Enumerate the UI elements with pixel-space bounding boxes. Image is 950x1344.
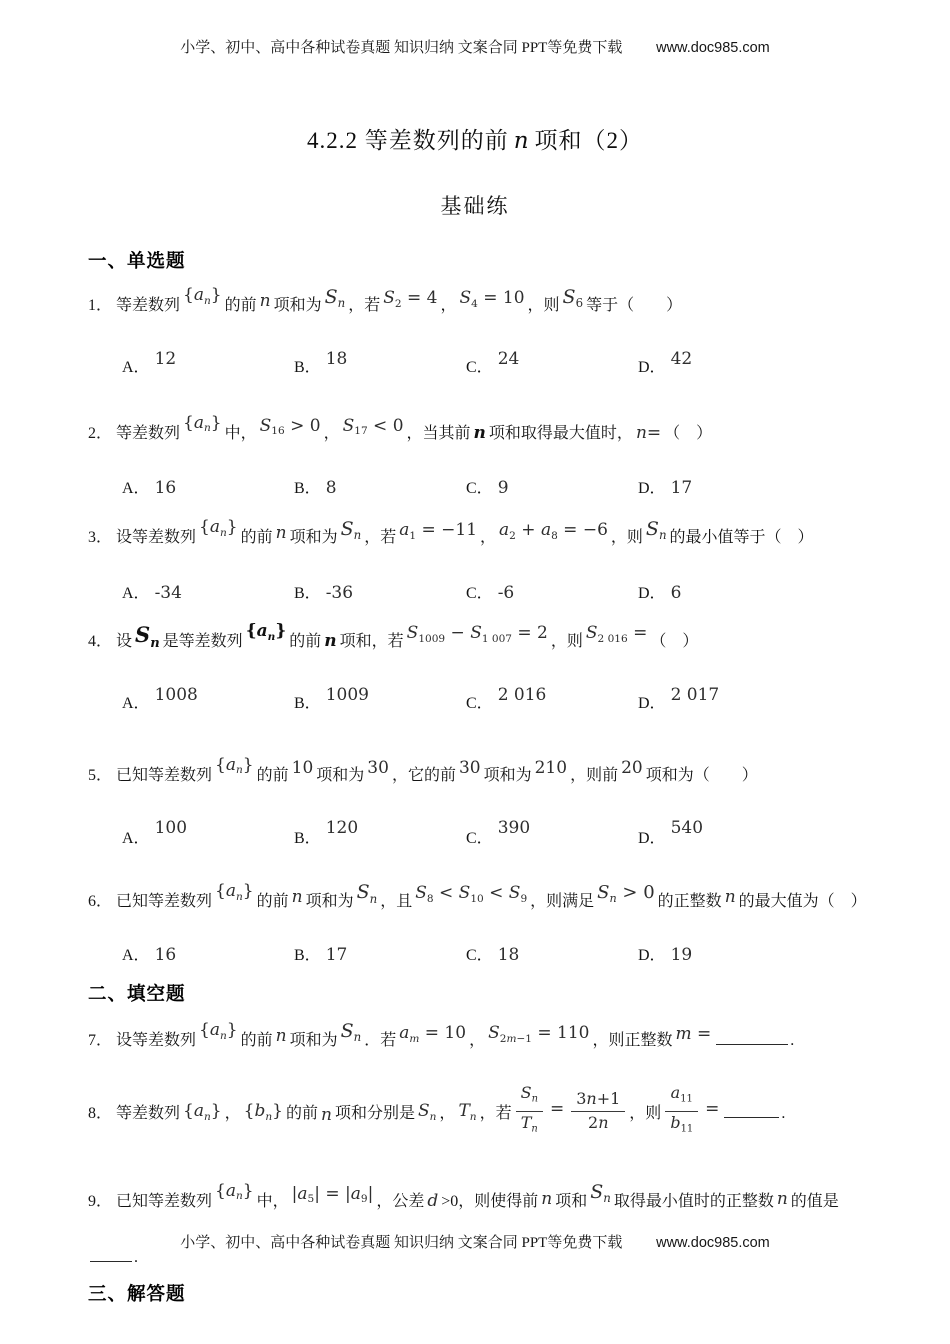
math-symbol: 42 bbox=[671, 349, 693, 369]
math-subscript: n bbox=[220, 528, 227, 539]
math-subscript: n bbox=[204, 1112, 211, 1123]
math-symbol: } bbox=[272, 1101, 283, 1121]
text-segment: 项和取得最大值时， bbox=[489, 425, 633, 442]
math-segment: n bbox=[292, 887, 303, 906]
math-segment: 20 bbox=[621, 758, 643, 777]
question: 8．等差数列{an}，{bn}的前n项和分别是Sn，Tn，若SnTn=3n+12… bbox=[88, 1085, 880, 1148]
math-segment: {an} bbox=[215, 755, 254, 774]
math-symbol: 16 bbox=[155, 945, 177, 965]
math-variable: S bbox=[341, 1020, 354, 1042]
math-segment: n bbox=[324, 631, 336, 650]
math-symbol: } bbox=[243, 755, 254, 775]
math-symbol: 8 bbox=[551, 530, 558, 542]
option-value: -36 bbox=[326, 583, 353, 603]
option-value: -6 bbox=[498, 583, 515, 603]
math-segment: S16 > 0 bbox=[260, 416, 321, 435]
math-segment: {an} bbox=[199, 517, 238, 536]
option-label: B． bbox=[294, 585, 321, 602]
math-variable: n bbox=[338, 296, 346, 310]
math-variable: n bbox=[541, 1189, 552, 1209]
question-text: 7．设等差数列{an}的前n项和为Sn．若am = 10，S2m−1 = 110… bbox=[88, 1019, 880, 1067]
math-variable: n bbox=[725, 887, 736, 907]
math-symbol: 2 bbox=[588, 1113, 598, 1132]
option-label: D． bbox=[638, 359, 666, 376]
math-segment: n= bbox=[636, 423, 661, 442]
math-symbol: { bbox=[246, 621, 257, 641]
math-segment: Sn bbox=[590, 1182, 611, 1203]
math-segment: Sn bbox=[325, 287, 346, 308]
text-segment: 项和为 bbox=[306, 893, 354, 910]
math-variable: n bbox=[321, 1105, 332, 1125]
option-value: 2 017 bbox=[671, 685, 720, 705]
header-promo-text: 小学、初中、高中各种试卷真题 知识归纳 文案合同 PPT等免费下载 bbox=[180, 40, 622, 56]
math-variable: S bbox=[470, 623, 482, 643]
math-variable: S bbox=[586, 623, 598, 643]
text-segment: 的前 bbox=[257, 767, 289, 784]
question-number: 5． bbox=[88, 767, 112, 784]
math-symbol: = 110 bbox=[532, 1023, 590, 1043]
math-symbol: 1009 bbox=[326, 685, 369, 705]
option-label: D． bbox=[638, 695, 666, 712]
math-subscript: n bbox=[470, 1112, 477, 1123]
math-segment: n bbox=[725, 887, 736, 906]
fraction-numerator: a11 bbox=[665, 1083, 698, 1111]
math-variable: n bbox=[260, 291, 271, 311]
math-symbol: 18 bbox=[498, 945, 520, 965]
math-segment: 30 bbox=[459, 758, 481, 777]
option-value: 19 bbox=[671, 945, 693, 965]
math-symbol: = bbox=[692, 1024, 712, 1044]
math-variable: S bbox=[590, 1181, 603, 1203]
math-variable: S bbox=[521, 1083, 532, 1102]
page-subtitle: 基础练 bbox=[0, 190, 950, 220]
math-symbol: 6 bbox=[576, 296, 584, 310]
math-variable: a bbox=[194, 413, 204, 433]
option: B．-36 bbox=[294, 578, 466, 609]
math-segment: S6 bbox=[563, 287, 584, 308]
math-variable: S bbox=[325, 286, 338, 308]
math-symbol: { bbox=[244, 1101, 255, 1121]
option: B．120 bbox=[294, 823, 466, 854]
math-symbol: { bbox=[183, 1101, 194, 1121]
math-subscript: m bbox=[409, 1034, 419, 1045]
math-variable: S bbox=[459, 288, 471, 308]
option-value: 8 bbox=[326, 478, 337, 498]
question-options: A．100B．120C．390D．540 bbox=[88, 823, 880, 854]
math-variable: a bbox=[226, 881, 236, 901]
option-label: A． bbox=[122, 947, 150, 964]
math-symbol: = bbox=[550, 1099, 564, 1119]
option-value: 17 bbox=[326, 945, 348, 965]
math-variable: S bbox=[341, 518, 354, 540]
option: A．100 bbox=[122, 823, 294, 854]
option-label: B． bbox=[294, 947, 321, 964]
math-symbol: = bbox=[628, 623, 648, 643]
option-label: A． bbox=[122, 585, 150, 602]
math-segment: = bbox=[705, 1099, 719, 1118]
math-segment: Sn bbox=[357, 882, 378, 903]
math-symbol: 11 bbox=[681, 1123, 694, 1134]
option-label: D． bbox=[638, 830, 666, 847]
question-number: 2． bbox=[88, 425, 112, 442]
option: B．1009 bbox=[294, 688, 466, 719]
math-symbol: 16 bbox=[271, 425, 284, 437]
math-variable: n bbox=[777, 1189, 788, 1209]
text-segment: 等差数列 bbox=[116, 297, 180, 314]
math-symbol: 1 007 bbox=[482, 633, 512, 645]
math-segment: S2m−1 = 110 bbox=[488, 1023, 589, 1042]
text-segment: 中， bbox=[257, 1193, 289, 1210]
text-segment: 项和为 bbox=[274, 297, 322, 314]
option: C．18 bbox=[466, 940, 638, 971]
math-segment: Sn bbox=[341, 1021, 362, 1042]
math-segment: n bbox=[260, 291, 271, 310]
choice-questions: 1．等差数列{an}的前n项和为Sn，若S2 = 4，S4 = 10，则S6等于… bbox=[88, 284, 880, 971]
math-segment: a1 = −11 bbox=[399, 520, 477, 539]
math-symbol: } bbox=[211, 285, 222, 305]
blank-underline bbox=[724, 1103, 779, 1118]
math-symbol: { bbox=[215, 881, 226, 901]
text-segment: ，则正整数 bbox=[592, 1032, 672, 1049]
text-segment: （ ） bbox=[664, 425, 712, 442]
math-symbol: −1 bbox=[516, 1033, 532, 1045]
math-variable: S bbox=[418, 1101, 430, 1121]
math-symbol: { bbox=[183, 413, 194, 433]
math-subscript: n bbox=[610, 893, 617, 905]
math-subscript: 11 bbox=[681, 1123, 694, 1134]
math-variable: n bbox=[236, 764, 243, 776]
option-value: 17 bbox=[671, 478, 693, 498]
text-segment: ，则前 bbox=[570, 767, 618, 784]
question-options: A．-34B．-36C．-6D．6 bbox=[88, 578, 880, 609]
math-symbol: 30 bbox=[367, 758, 389, 778]
math-subscript: 9 bbox=[520, 894, 527, 905]
math-segment: n bbox=[276, 1026, 287, 1045]
option: A．1008 bbox=[122, 688, 294, 719]
math-subscript: n bbox=[603, 1192, 611, 1205]
page-title-variable: n bbox=[514, 128, 530, 154]
math-subscript: 16 bbox=[271, 426, 284, 437]
math-symbol: } bbox=[211, 413, 222, 433]
math-segment: {an} bbox=[183, 413, 222, 432]
math-variable: n bbox=[150, 636, 159, 651]
option-value: 2 016 bbox=[498, 685, 547, 705]
math-symbol: 24 bbox=[498, 349, 520, 369]
question-number: 3． bbox=[88, 529, 112, 546]
question-text: 3．设等差数列{an}的前n项和为Sn，若a1 = −11，a2 + a8 = … bbox=[88, 516, 880, 564]
option-value: 120 bbox=[326, 818, 358, 838]
option-label: B． bbox=[294, 359, 321, 376]
math-subscript: n bbox=[220, 1031, 227, 1042]
option: D．540 bbox=[638, 823, 810, 854]
option-label: C． bbox=[466, 359, 493, 376]
option-label: C． bbox=[466, 585, 493, 602]
section-heading-single-choice: 一、单选题 bbox=[88, 248, 880, 274]
math-segment: S17 < 0 bbox=[343, 416, 404, 435]
question: 6．已知等差数列{an}的前n项和为Sn，且S8 < S10 < S9，则满足S… bbox=[88, 880, 880, 971]
math-symbol: 17 bbox=[671, 478, 693, 498]
fraction-denominator: Tn bbox=[516, 1112, 543, 1139]
math-symbol: 17 bbox=[326, 945, 348, 965]
math-symbol: 4 bbox=[471, 298, 478, 310]
page-title: 4.2.2 等差数列的前n项和（2） bbox=[0, 122, 950, 155]
text-segment: . bbox=[790, 1032, 794, 1049]
math-symbol: } bbox=[243, 881, 254, 901]
math-symbol: 100 bbox=[155, 818, 187, 838]
option-label: C． bbox=[466, 695, 493, 712]
math-variable: n bbox=[354, 528, 362, 542]
text-segment: 项和，若 bbox=[340, 633, 404, 650]
math-variable: a bbox=[499, 520, 509, 540]
math-variable: S bbox=[646, 518, 659, 540]
math-symbol: < bbox=[484, 883, 509, 903]
math-segment: n bbox=[474, 423, 486, 442]
math-variable: S bbox=[563, 286, 576, 308]
option-label: B． bbox=[294, 830, 321, 847]
fraction-denominator: b11 bbox=[665, 1112, 698, 1139]
math-subscript: n bbox=[531, 1123, 537, 1134]
text-segment: ，则 bbox=[629, 1105, 661, 1122]
math-segment: Sn bbox=[418, 1101, 436, 1120]
text-segment: . bbox=[781, 1105, 785, 1122]
math-subscript: n bbox=[532, 1094, 538, 1105]
math-symbol: } bbox=[243, 1181, 254, 1201]
math-variable: n bbox=[220, 527, 227, 539]
math-variable: T bbox=[521, 1113, 532, 1132]
text-segment: 等差数列 bbox=[116, 1105, 180, 1122]
question-options: A．16B．17C．18D．19 bbox=[88, 940, 880, 971]
math-variable: n bbox=[236, 1190, 243, 1202]
option-value: 18 bbox=[326, 349, 348, 369]
text-segment: >0，则使得前 bbox=[441, 1193, 538, 1210]
option: D．42 bbox=[638, 352, 810, 383]
math-segment: S2 = 4 bbox=[383, 288, 437, 307]
math-subscript: n bbox=[354, 529, 362, 542]
math-symbol: < 0 bbox=[368, 416, 404, 436]
blank-underline bbox=[716, 1030, 788, 1045]
text-segment: ， bbox=[225, 1105, 241, 1122]
math-variable: S bbox=[357, 881, 370, 903]
option-label: A． bbox=[122, 359, 150, 376]
math-symbol: = bbox=[705, 1099, 719, 1119]
option: C．24 bbox=[466, 352, 638, 383]
math-segment: Sn bbox=[341, 519, 362, 540]
math-symbol: = −6 bbox=[558, 520, 608, 540]
question-text: 2．等差数列{an}中，S16 > 0，S17 < 0，当其前n项和取得最大值时… bbox=[88, 413, 880, 460]
math-symbol: { bbox=[183, 285, 194, 305]
footer-site-url: www.doc985.com bbox=[656, 1235, 770, 1251]
option: B．17 bbox=[294, 940, 466, 971]
math-variable: n bbox=[236, 891, 243, 903]
option-label: B． bbox=[294, 695, 321, 712]
math-subscript: n bbox=[204, 296, 211, 307]
math-variable: S bbox=[459, 883, 471, 903]
math-variable: n bbox=[531, 1123, 537, 1134]
math-variable: d bbox=[427, 1191, 438, 1211]
math-variable: n bbox=[532, 1094, 538, 1105]
math-symbol: | bbox=[368, 1184, 374, 1204]
math-symbol: 17 bbox=[354, 425, 367, 437]
math-variable: n bbox=[220, 1030, 227, 1042]
math-symbol: > 0 bbox=[617, 882, 655, 903]
math-segment: {bn} bbox=[244, 1101, 283, 1120]
math-variable: S bbox=[407, 623, 419, 643]
math-symbol: 2 bbox=[395, 298, 402, 310]
option-value: 1008 bbox=[155, 685, 198, 705]
worksheet-body: 一、单选题 1．等差数列{an}的前n项和为Sn，若S2 = 4，S4 = 10… bbox=[88, 240, 880, 1307]
math-subscript: 1009 bbox=[418, 634, 445, 645]
math-symbol: -6 bbox=[498, 583, 515, 603]
text-segment: 等差数列 bbox=[116, 425, 180, 442]
text-segment: 已知等差数列 bbox=[116, 1193, 212, 1210]
math-variable: a bbox=[210, 517, 220, 537]
math-symbol: 1009 bbox=[418, 633, 445, 645]
option-label: A． bbox=[122, 695, 150, 712]
option-label: D． bbox=[638, 585, 666, 602]
math-variable: n bbox=[659, 528, 667, 542]
math-variable: S bbox=[135, 622, 150, 647]
math-subscript: 8 bbox=[551, 531, 558, 542]
math-variable: a bbox=[351, 1184, 361, 1204]
math-segment: {an} bbox=[215, 881, 254, 900]
math-symbol: } bbox=[275, 621, 286, 641]
math-subscript: 8 bbox=[427, 894, 434, 905]
math-segment: n bbox=[276, 523, 287, 542]
math-symbol: = 4 bbox=[402, 288, 438, 308]
math-variable: m bbox=[675, 1024, 691, 1044]
math-variable: T bbox=[458, 1101, 469, 1121]
math-segment: S1009 − S1 007 = 2 bbox=[407, 623, 548, 642]
math-segment: n bbox=[541, 1189, 552, 1208]
option-label: C． bbox=[466, 830, 493, 847]
math-segment: a2 + a8 = −6 bbox=[499, 520, 608, 539]
option-label: C． bbox=[466, 480, 493, 497]
math-variable: S bbox=[415, 883, 427, 903]
math-segment: S4 = 10 bbox=[459, 288, 524, 307]
math-segment: 10 bbox=[292, 758, 314, 777]
math-segment: Sn bbox=[135, 623, 160, 647]
math-symbol: = −11 bbox=[416, 520, 477, 540]
text-segment: 项和为 bbox=[484, 767, 532, 784]
math-variable: S bbox=[343, 416, 355, 436]
text-segment: 的前 bbox=[257, 893, 289, 910]
option-label: A． bbox=[122, 480, 150, 497]
option: D．17 bbox=[638, 473, 810, 504]
math-symbol: 6 bbox=[671, 583, 682, 603]
math-symbol: 9 bbox=[498, 478, 509, 498]
question-options: A．12B．18C．24D．42 bbox=[88, 352, 880, 383]
text-segment: 设等差数列 bbox=[116, 529, 196, 546]
math-subscript: 4 bbox=[471, 299, 478, 310]
math-symbol: } bbox=[211, 1101, 222, 1121]
question: 1．等差数列{an}的前n项和为Sn，若S2 = 4，S4 = 10，则S6等于… bbox=[88, 284, 880, 383]
text-segment: 的最大值为（ ） bbox=[739, 893, 867, 910]
math-symbol: 16 bbox=[155, 478, 177, 498]
text-segment: ，公差 bbox=[376, 1193, 424, 1210]
text-segment: 项和为（ ） bbox=[646, 767, 758, 784]
text-segment: （ ） bbox=[650, 633, 698, 650]
text-segment: 设等差数列 bbox=[116, 1032, 196, 1049]
math-symbol: } bbox=[227, 517, 238, 537]
math-variable: a bbox=[297, 1184, 307, 1204]
option-value: 540 bbox=[671, 818, 703, 838]
option-value: 16 bbox=[155, 945, 177, 965]
math-variable: m bbox=[506, 1033, 516, 1045]
math-symbol: { bbox=[215, 1181, 226, 1201]
option-value: 6 bbox=[671, 583, 682, 603]
question-text: 5．已知等差数列{an}的前10项和为30，它的前30项和为210，则前20项和… bbox=[88, 755, 880, 802]
math-subscript: 1 007 bbox=[482, 634, 512, 645]
text-segment: 项和为 bbox=[290, 1032, 338, 1049]
text-segment: ， bbox=[439, 1105, 455, 1122]
math-subscript: 2 bbox=[395, 299, 402, 310]
text-segment: ，则 bbox=[551, 633, 583, 650]
header-promo: 小学、初中、高中各种试卷真题 知识归纳 文案合同 PPT等免费下载 www.do… bbox=[0, 36, 950, 57]
math-symbol: { bbox=[199, 1020, 210, 1040]
math-variable: a bbox=[671, 1083, 681, 1102]
option: A．16 bbox=[122, 940, 294, 971]
question-number: 8． bbox=[88, 1105, 112, 1122]
text-segment: 项和 bbox=[555, 1193, 587, 1210]
math-subscript: 2m−1 bbox=[500, 1034, 532, 1045]
fraction: SnTn bbox=[516, 1083, 543, 1139]
text-segment: 中， bbox=[225, 425, 257, 442]
math-subscript: 9 bbox=[361, 1194, 368, 1205]
math-symbol: 1008 bbox=[155, 685, 198, 705]
text-segment: 已知等差数列 bbox=[116, 767, 212, 784]
math-variable: n bbox=[603, 1191, 611, 1205]
math-subscript: n bbox=[354, 1031, 362, 1044]
text-segment: 的最小值等于（ ） bbox=[670, 529, 814, 546]
text-segment: ， bbox=[440, 297, 456, 314]
math-symbol: } bbox=[227, 1020, 238, 1040]
question-text: 9．已知等差数列{an}中，|a5| = |a9|，公差d>0，则使得前n项和S… bbox=[88, 1180, 880, 1228]
option-value: -34 bbox=[155, 583, 182, 603]
question: 4．设Sn是等差数列{an}的前n项和，若S1009 − S1 007 = 2，… bbox=[88, 619, 880, 719]
text-segment: 的值是 bbox=[791, 1193, 839, 1210]
math-variable: b bbox=[670, 1113, 680, 1132]
option: D．19 bbox=[638, 940, 810, 971]
math-variable: a bbox=[399, 520, 409, 540]
fraction-numerator: Sn bbox=[516, 1083, 543, 1111]
math-variable: b bbox=[254, 1101, 265, 1121]
section-heading-free-response: 三、解答题 bbox=[88, 1281, 880, 1307]
math-segment: {an} bbox=[215, 1181, 254, 1200]
option-value: 9 bbox=[498, 478, 509, 498]
math-variable: S bbox=[383, 288, 395, 308]
math-symbol: 9 bbox=[520, 893, 527, 905]
math-variable: n bbox=[204, 295, 211, 307]
math-variable: a bbox=[399, 1023, 409, 1043]
math-symbol: = 2 bbox=[512, 623, 548, 643]
math-segment: Sn > 0 bbox=[597, 882, 655, 902]
math-segment: {an} bbox=[183, 1101, 222, 1120]
option-value: 390 bbox=[498, 818, 530, 838]
math-subscript: 6 bbox=[576, 297, 584, 310]
math-symbol: = 10 bbox=[478, 288, 525, 308]
question-text: 6．已知等差数列{an}的前n项和为Sn，且S8 < S10 < S9，则满足S… bbox=[88, 880, 880, 928]
math-symbol: | = | bbox=[314, 1184, 351, 1204]
math-variable: n bbox=[610, 892, 617, 905]
math-symbol: 10 bbox=[292, 758, 314, 778]
math-variable: n bbox=[292, 887, 303, 907]
question-number: 6． bbox=[88, 893, 112, 910]
math-variable: n bbox=[636, 423, 647, 443]
math-subscript: n bbox=[236, 892, 243, 903]
text-segment: 设 bbox=[116, 633, 132, 650]
text-segment: ，则 bbox=[528, 297, 560, 314]
math-subscript: 17 bbox=[354, 426, 367, 437]
